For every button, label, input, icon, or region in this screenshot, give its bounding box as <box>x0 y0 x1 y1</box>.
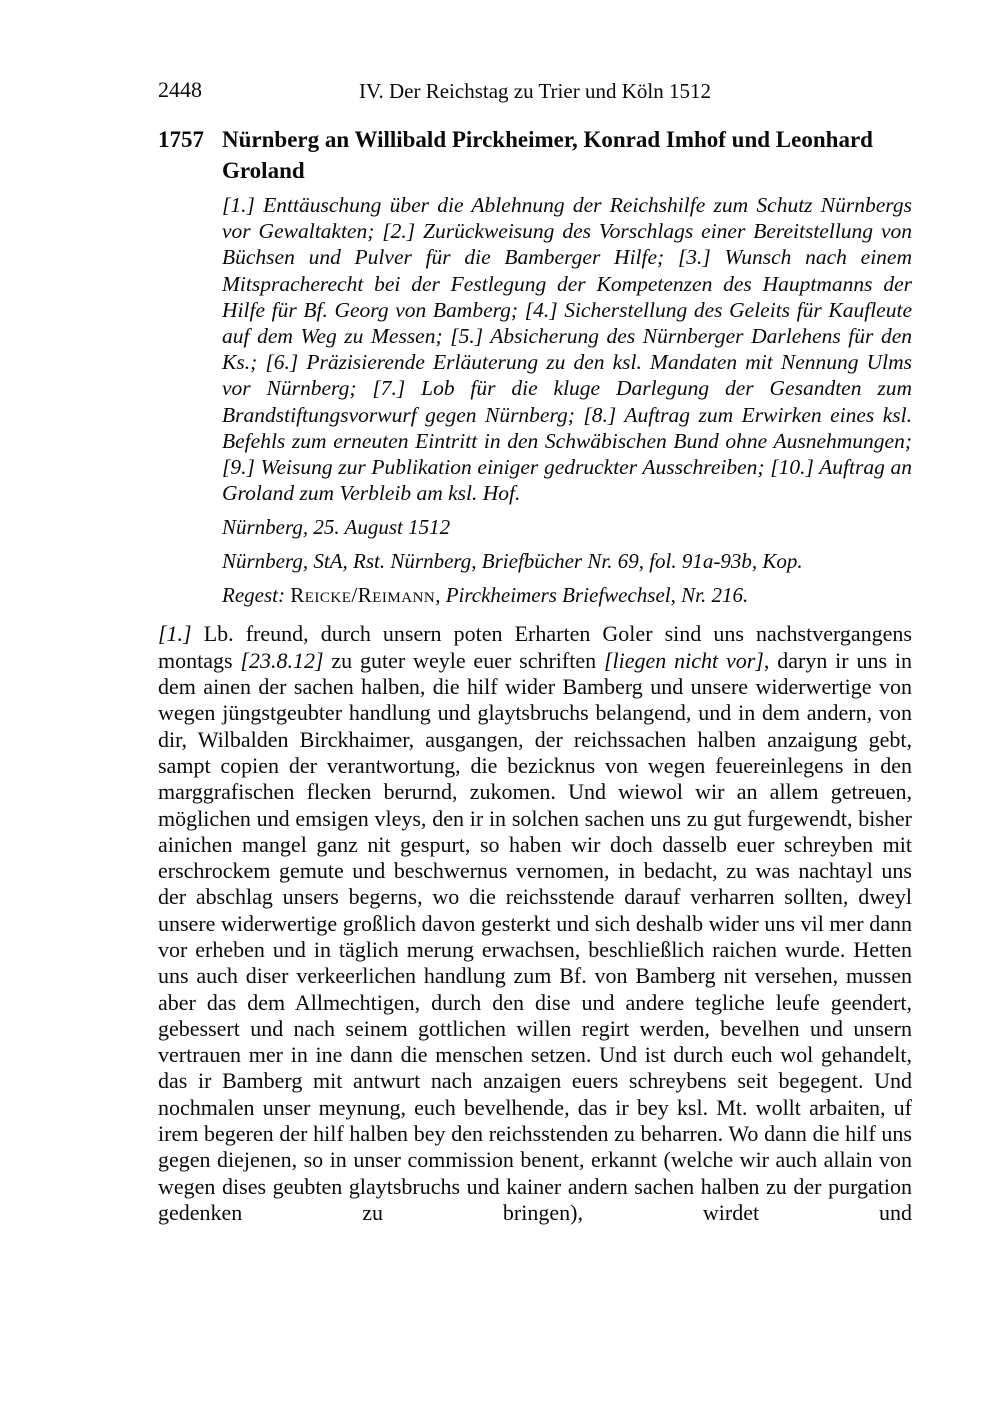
body-segment: , daryn ir uns in dem ainen der sachen h… <box>158 648 912 1225</box>
entry-dateline: Nürnberg, 25. August 1512 <box>222 515 912 540</box>
regest-label: Regest: <box>222 583 290 607</box>
entry-number: 1757 <box>158 124 222 155</box>
entry-headmatter: [1.] Enttäuschung über die Ablehnung der… <box>222 192 912 608</box>
regest-reference: , Pirckheimers Briefwechsel, Nr. 216. <box>435 583 748 607</box>
regest-authors: Reicke/Reimann <box>290 583 435 607</box>
page-number: 2448 <box>158 77 202 102</box>
body-segment: [liegen nicht vor] <box>604 648 764 673</box>
body-segment: [23.8.12] <box>240 648 323 673</box>
body-segment: [1.] <box>158 621 192 646</box>
entry: 1757 Nürnberg an Willibald Pirckheimer, … <box>158 124 912 1226</box>
entry-source-citation: Nürnberg, StA, Rst. Nürnberg, Briefbüche… <box>222 549 912 574</box>
page-header: 2448 IV. Der Reichstag zu Trier und Köln… <box>158 78 912 104</box>
entry-heading: 1757 Nürnberg an Willibald Pirckheimer, … <box>158 124 912 186</box>
body-segment: zu guter weyle euer schriften <box>324 648 604 673</box>
running-head: IV. Der Reichstag zu Trier und Köln 1512 <box>359 79 711 103</box>
book-page: 2448 IV. Der Reichstag zu Trier und Köln… <box>0 0 1004 1418</box>
entry-title: Nürnberg an Willibald Pirckheimer, Konra… <box>222 124 912 186</box>
entry-body-text: [1.] Lb. freund, durch unsern poten Erha… <box>158 621 912 1226</box>
entry-summary: [1.] Enttäuschung über die Ablehnung der… <box>222 192 912 506</box>
entry-regest-citation: Regest: Reicke/Reimann, Pirckheimers Bri… <box>222 583 912 608</box>
